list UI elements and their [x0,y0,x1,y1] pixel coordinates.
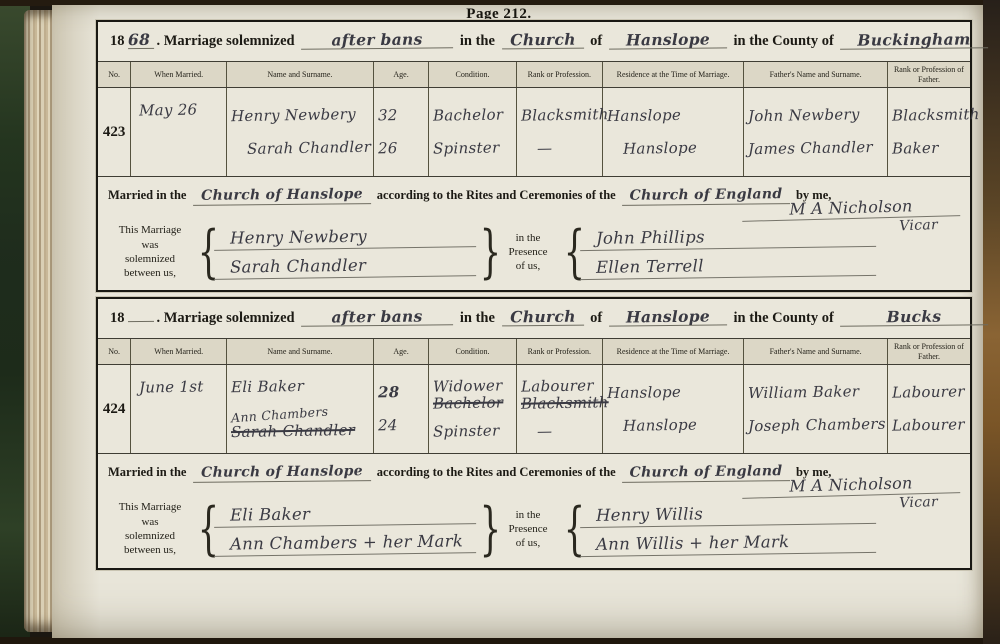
rites-label: according to the Rites and Ceremonies of… [377,465,616,480]
table-header-row: No. When Married. Name and Surname. Age.… [98,61,970,88]
marriage-method: after bans [301,307,453,327]
in-the-label: in the [460,310,495,327]
marriage-record-423: 1868. Marriage solemnized after bans in … [96,20,972,292]
father-profession-cell: Blacksmith Baker [887,88,970,176]
this-marriage-label: This Marriage was solemnized between us, [106,223,194,280]
groom-signature: Eli Baker [214,502,476,528]
married-in-label: Married in the [108,188,186,203]
col-header-residence: Residence at the Time of Marriage. [602,339,743,364]
bride-father: Joseph Chambers [748,416,883,436]
this-marriage-label: This Marriage was solemnized between us, [106,500,194,557]
bride-signature: Sarah Chandler [214,254,476,280]
witness-signature: Ann Willis + her Mark [580,530,876,556]
married-in-label: Married in the [108,465,186,480]
record-header: 18. Marriage solemnized after bans in th… [98,299,970,338]
bride-name: Sarah Chandler [231,139,369,159]
brace-open: { [564,222,576,283]
when-married-value: June 1st [139,378,204,396]
col-header-age: Age. [373,62,429,87]
condition-cell: Bachelor Spinster [428,88,515,176]
label-line: in the [496,231,560,245]
label-line: Presence [496,522,560,536]
of-label: of [590,33,602,50]
age-cell: 32 26 [373,88,429,176]
bride-name-struck: Sarah Chandler [231,421,355,440]
groom-residence: Hanslope [607,382,740,402]
col-header-when-married: When Married. [130,339,226,364]
bride-condition: Spinster [433,422,511,441]
label-line: between us, [106,543,194,557]
col-header-condition: Condition. [428,339,515,364]
marriage-method: after bans [301,30,453,50]
bride-residence: Hanslope [607,139,740,159]
entry-number: 424 [98,365,130,453]
bride-profession: — [520,140,598,159]
groom-father-profession: Blacksmith [892,106,966,125]
bride-residence: Hanslope [607,416,740,436]
year-written [127,321,153,322]
groom-signature: Henry Newbery [214,225,476,251]
spouse-signatures: Eli Baker Ann Chambers + her Mark [214,504,476,555]
marriage-solemnized-label: . Marriage solemnized [157,33,295,50]
married-in-value: Church of Hanslope [193,463,371,483]
label-line: This Marriage [106,500,194,514]
presence-label: in the Presence of us, [496,508,560,551]
groom-father: William Baker [748,382,883,402]
officiant-signature-block: M A Nicholson Vicar [742,198,960,236]
marriage-solemnized-label: . Marriage solemnized [157,310,295,327]
age-cell: 28 24 [373,365,429,453]
record-header: 1868. Marriage solemnized after bans in … [98,22,970,61]
rites-label: according to the Rites and Ceremonies of… [377,188,616,203]
signature-section: M A Nicholson Vicar This Marriage was so… [98,215,970,293]
label-line: of us, [496,259,560,273]
brace-open: { [564,499,576,560]
of-label: of [590,310,602,327]
brace-open: { [198,499,210,560]
bride-age: 24 [377,417,424,435]
col-header-condition: Condition. [428,62,515,87]
when-married-cell: May 26 [130,88,226,176]
col-header-residence: Residence at the Time of Marriage. [602,62,743,87]
signature-section: M A Nicholson Vicar This Marriage was so… [98,492,970,570]
col-header-age: Age. [373,339,429,364]
col-header-profession: Rank or Profession. [516,339,602,364]
when-married-value: May 26 [139,101,198,119]
bride-father-profession: Baker [892,140,966,159]
groom-condition-struck: Bachelor [433,394,504,412]
father-name-cell: William Baker Joseph Chambers [743,365,887,453]
church-word: Church [501,31,583,50]
groom-father-profession: Labourer [892,383,966,402]
bride-profession: — [520,422,598,441]
col-header-no: No. [98,62,130,87]
residence-cell: Hanslope Hanslope [602,88,743,176]
label-line: solemnized [106,252,194,266]
county-name: Bucks [840,307,988,327]
father-profession-cell: Labourer Labourer [887,365,970,453]
marriage-record-424: 18. Marriage solemnized after bans in th… [96,297,972,570]
married-in-value: Church of Hanslope [193,186,371,206]
col-header-profession: Rank or Profession. [516,62,602,87]
register-page: Page 212. 1868. Marriage solemnized afte… [52,5,983,638]
profession-cell: Labourer Blacksmith — [516,365,602,453]
when-married-cell: June 1st [130,365,226,453]
groom-residence: Hanslope [607,105,740,125]
year-written: 68 [127,31,153,49]
label-line: was [106,515,194,529]
year-prefix: 18 [110,310,125,327]
label-line: in the [496,508,560,522]
bride-father-profession: Labourer [892,417,966,436]
col-header-father-profession: Rank or Profession of Father. [887,339,970,364]
bride-signature: Ann Chambers + her Mark [214,531,476,557]
col-header-father: Father's Name and Surname. [743,62,887,87]
brace-open: { [198,222,210,283]
name-cell: Henry Newbery Sarah Chandler [226,88,372,176]
residence-cell: Hanslope Hanslope [602,365,743,453]
county-label: in the County of [734,33,834,50]
county-name: Buckingham [840,30,988,50]
church-name: Hanslope [609,30,727,49]
label-line: solemnized [106,529,194,543]
year-prefix: 18 [110,33,125,50]
bride-father: James Chandler [748,139,883,159]
bride-condition: Spinster [433,140,511,159]
label-line: between us, [106,266,194,280]
in-the-label: in the [460,33,495,50]
church-name: Hanslope [609,307,727,326]
col-header-father-profession: Rank or Profession of Father. [887,62,970,87]
groom-father: John Newbery [748,105,883,125]
label-line: Presence [496,245,560,259]
name-cell: Eli Baker Ann Chambers Sarah Chandler [226,365,372,453]
label-line: was [106,238,194,252]
officiant-signature-block: M A Nicholson Vicar [742,475,960,513]
label-line: This Marriage [106,223,194,237]
groom-profession-struck: Blacksmith [520,394,608,413]
col-header-father: Father's Name and Surname. [743,339,887,364]
table-row: 424 June 1st Eli Baker Ann Chambers Sara… [98,365,970,454]
father-name-cell: John Newbery James Chandler [743,88,887,176]
presence-label: in the Presence of us, [496,231,560,274]
table-header-row: No. When Married. Name and Surname. Age.… [98,338,970,365]
church-word: Church [501,308,583,327]
groom-name: Eli Baker [231,377,369,397]
profession-cell: Blacksmith — [516,88,602,176]
witness-signature: Ellen Terrell [580,253,876,279]
groom-profession: Blacksmith [520,106,598,125]
condition-cell: Widower Bachelor Spinster [428,365,515,453]
col-header-name: Name and Surname. [226,339,372,364]
groom-condition: Bachelor [433,106,511,125]
brace-close: } [480,222,492,283]
entry-number: 423 [98,88,130,176]
county-label: in the County of [734,310,834,327]
groom-name: Henry Newbery [231,105,369,125]
spouse-signatures: Henry Newbery Sarah Chandler [214,227,476,278]
col-header-no: No. [98,339,130,364]
photo-bottom-edge [0,637,1000,644]
groom-age: 32 [377,106,424,124]
bride-age: 26 [377,140,424,158]
label-line: of us, [496,536,560,550]
col-header-when-married: When Married. [130,62,226,87]
brace-close: } [480,499,492,560]
table-row: 423 May 26 Henry Newbery Sarah Chandler … [98,88,970,177]
groom-age: 28 [377,383,424,401]
col-header-name: Name and Surname. [226,62,372,87]
